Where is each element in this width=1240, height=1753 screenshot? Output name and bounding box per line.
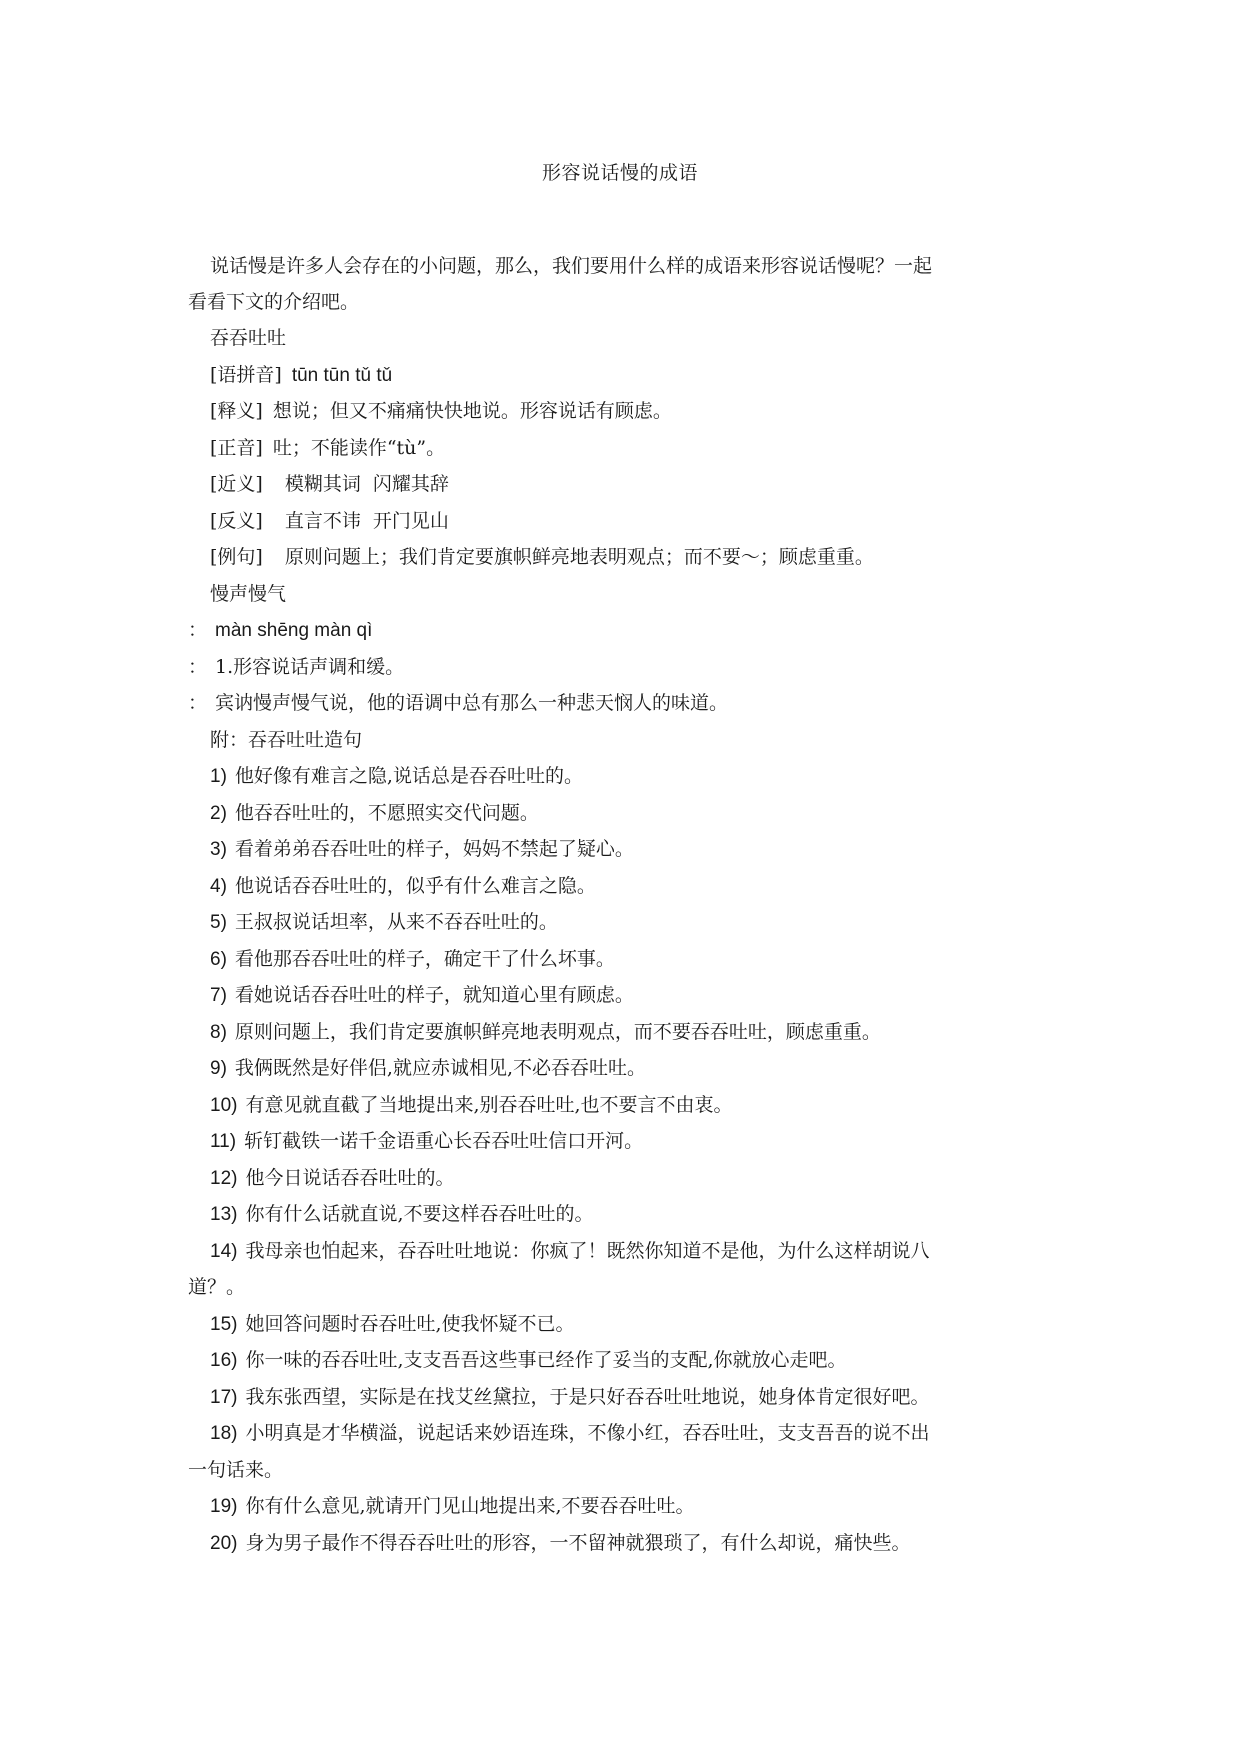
colon-marker: ： xyxy=(188,619,207,641)
idiom-2-name: 慢声慢气 xyxy=(210,582,286,606)
intro-line-2: 看看下文的介绍吧。 xyxy=(188,290,359,314)
list-item: 12)他今日说话吞吞吐吐的。 xyxy=(210,1166,454,1191)
example-text: 原则问题上；我们肯定要旗帜鲜亮地表明观点；而不要～；顾虑重重。 xyxy=(285,546,874,568)
pronunciation-label: [正音] xyxy=(210,437,263,459)
colon-marker: ： xyxy=(188,656,207,678)
idiom-1-pronunciation: [正音]吐；不能读作“tù”。 xyxy=(210,436,445,460)
pinyin-label: [语拼音] xyxy=(210,364,282,386)
list-item: 4)他说话吞吞吐吐的，似乎有什么难言之隐。 xyxy=(210,874,596,899)
example-text: 宾讷慢声慢气说，他的语调中总有那么一种悲天悯人的味道。 xyxy=(215,692,728,714)
idiom-1-antonyms: [反义]直言不讳 开门见山 xyxy=(210,509,449,533)
list-item: 10)有意见就直截了当地提出来,别吞吞吐吐,也不要言不由衷。 xyxy=(210,1093,733,1118)
appendix-title: 附：吞吞吐吐造句 xyxy=(210,728,362,752)
list-item: 3)看着弟弟吞吞吐吐的样子，妈妈不禁起了疑心。 xyxy=(210,837,634,862)
list-item: 11)斩钉截铁一诺千金语重心长吞吞吐吐信口开河。 xyxy=(210,1129,643,1154)
meaning-text: 想说；但又不痛痛快快地说。形容说话有顾虑。 xyxy=(273,400,672,422)
antonyms-text: 直言不讳 开门见山 xyxy=(285,510,449,532)
pronunciation-text: 吐；不能读作“tù”。 xyxy=(273,437,445,459)
colon-marker: ： xyxy=(188,692,207,714)
idiom-2-meaning: ：1.形容说话声调和缓。 xyxy=(188,655,404,679)
idiom-1-example: [例句]原则问题上；我们肯定要旗帜鲜亮地表明观点；而不要～；顾虑重重。 xyxy=(210,545,874,569)
idiom-1-pinyin: [语拼音]tūn tūn tǔ tǔ xyxy=(210,363,392,388)
idiom-1-name: 吞吞吐吐 xyxy=(210,326,286,350)
list-item: 14)我母亲也怕起来，吞吞吐吐地说：你疯了！既然你知道不是他，为什么这样胡说八 xyxy=(210,1239,929,1264)
list-item: 16)你一味的吞吞吐吐,支支吾吾这些事已经作了妥当的支配,你就放心走吧。 xyxy=(210,1348,847,1373)
list-item: 17)我东张西望，实际是在找艾丝黛拉，于是只好吞吞吐吐地说，她身体肯定很好吧。 xyxy=(210,1385,929,1410)
idiom-2-pinyin: ：màn shēng màn qì xyxy=(188,618,372,643)
idiom-2-example: ：宾讷慢声慢气说，他的语调中总有那么一种悲天悯人的味道。 xyxy=(188,691,728,715)
intro-line-1: 说话慢是许多人会存在的小问题，那么，我们要用什么样的成语来形容说话慢呢？一起 xyxy=(210,254,932,278)
page-title: 形容说话慢的成语 xyxy=(0,158,1240,185)
antonyms-label: [反义] xyxy=(210,510,263,532)
idiom-1-meaning: [释义]想说；但又不痛痛快快地说。形容说话有顾虑。 xyxy=(210,399,672,423)
synonyms-text: 模糊其词 闪耀其辞 xyxy=(285,473,449,495)
list-item: 6)看他那吞吞吐吐的样子，确定干了什么坏事。 xyxy=(210,947,615,972)
list-item: 2)他吞吞吐吐的，不愿照实交代问题。 xyxy=(210,801,539,826)
list-item-continuation: 道？。 xyxy=(188,1275,245,1299)
pinyin-text: tūn tūn tǔ tǔ xyxy=(292,365,392,386)
list-item: 7)看她说话吞吞吐吐的样子，就知道心里有顾虑。 xyxy=(210,983,634,1008)
example-label: [例句] xyxy=(210,546,263,568)
list-item: 8)原则问题上，我们肯定要旗帜鲜亮地表明观点，而不要吞吞吐吐，顾虑重重。 xyxy=(210,1020,881,1045)
list-item: 13)你有什么话就直说,不要这样吞吞吐吐的。 xyxy=(210,1202,594,1227)
pinyin-text: màn shēng màn qì xyxy=(215,620,372,641)
document-page: 形容说话慢的成语 说话慢是许多人会存在的小问题，那么，我们要用什么样的成语来形容… xyxy=(0,0,1240,1753)
list-item: 19)你有什么意见,就请开门见山地提出来,不要吞吞吐吐。 xyxy=(210,1494,695,1519)
idiom-1-synonyms: [近义]模糊其词 闪耀其辞 xyxy=(210,472,449,496)
list-item: 15)她回答问题时吞吞吐吐,使我怀疑不已。 xyxy=(210,1312,575,1337)
list-item-continuation: 一句话来。 xyxy=(188,1458,283,1482)
synonyms-label: [近义] xyxy=(210,473,263,495)
meaning-label: [释义] xyxy=(210,400,263,422)
list-item: 20)身为男子最作不得吞吞吐吐的形容，一不留神就猥琐了，有什么却说，痛快些。 xyxy=(210,1531,910,1556)
list-item: 9)我俩既然是好伴侣,就应赤诚相见,不必吞吞吐吐。 xyxy=(210,1056,646,1081)
list-item: 5)王叔叔说话坦率，从来不吞吞吐吐的。 xyxy=(210,910,558,935)
list-item: 1)他好像有难言之隐,说话总是吞吞吐吐的。 xyxy=(210,764,583,789)
list-item: 18)小明真是才华横溢，说起话来妙语连珠，不像小红，吞吞吐吐，支支吾吾的说不出 xyxy=(210,1421,929,1446)
meaning-text: 1.形容说话声调和缓。 xyxy=(215,656,404,678)
